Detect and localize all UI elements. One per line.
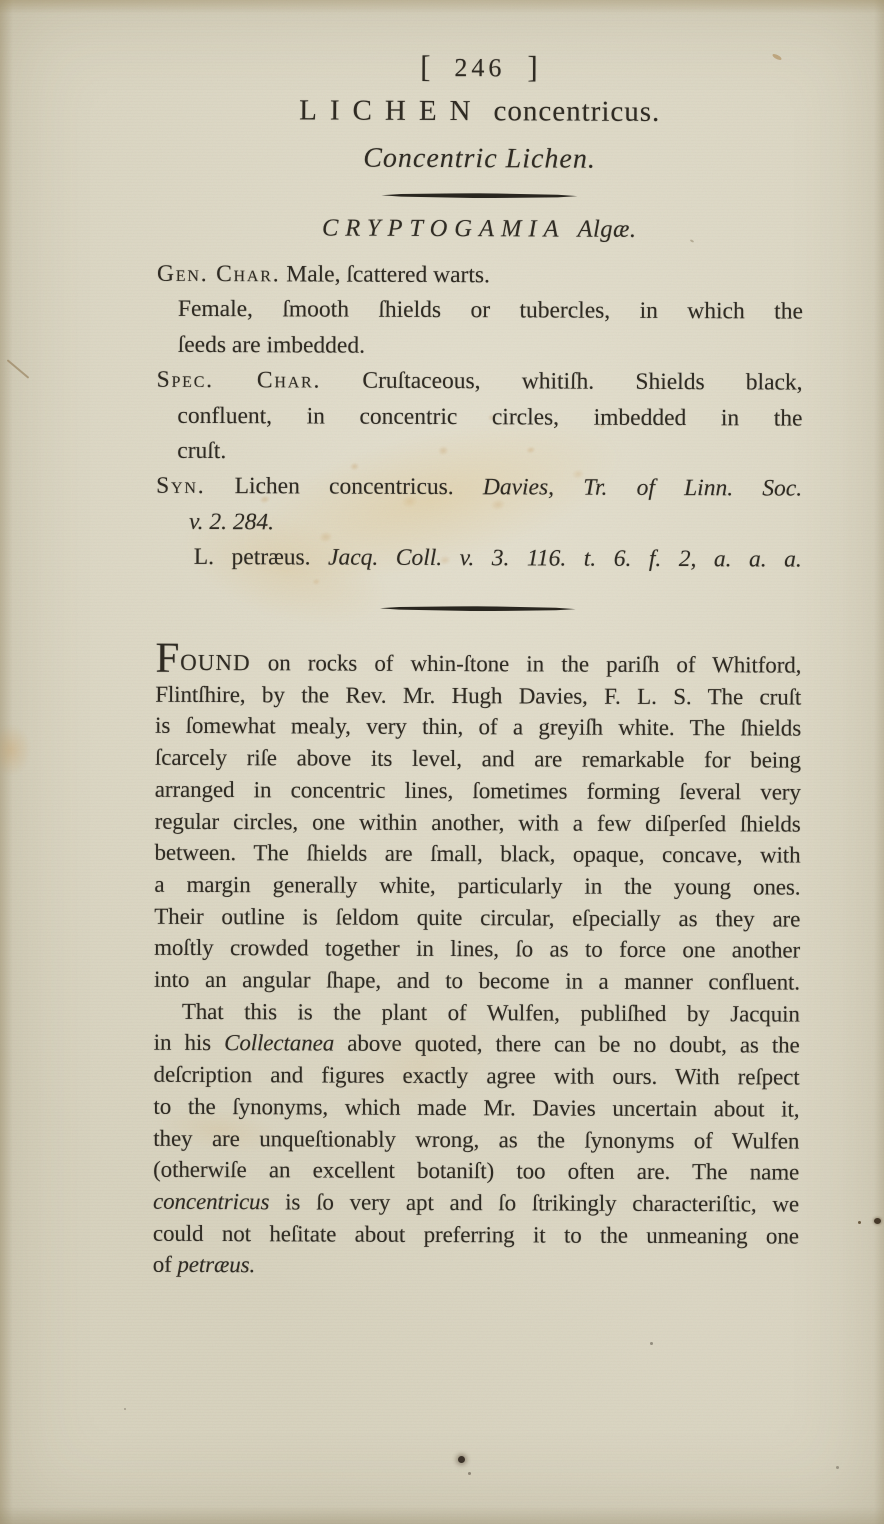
ornament-rule [380, 606, 576, 612]
text-segment: regular circles, one within another, wit… [155, 808, 801, 836]
text-segment: a margin generally white, particularly i… [154, 872, 800, 900]
text-line: moſtly crowded together in lines, ſo as … [154, 932, 800, 967]
text-segment: Davies, Tr. of Linn. Soc. [483, 475, 802, 502]
text-line: they are unqueſtionably wrong, as the ſy… [153, 1122, 799, 1157]
text-segment: on rocks of whin-ſtone in the pariſh of … [251, 650, 802, 677]
text-segment: to the ſynonyms, which made Mr. Davies u… [153, 1094, 799, 1122]
text-line: is ſomewhat mealy, very thin, of a greyi… [155, 710, 801, 745]
text-segment: Flintſhire, by the Rev. Mr. Hugh Davies,… [155, 681, 801, 709]
printed-text-area: [246] LICHENconcentricus. Concentric Lic… [0, 0, 884, 1524]
book-page-scan: [246] LICHENconcentricus. Concentric Lic… [0, 0, 884, 1524]
text-segment: is ſo very apt and ſo ſtrikingly charact… [269, 1189, 799, 1216]
description-text: FOUND on rocks of whin-ſtone in the pari… [153, 647, 802, 1284]
text-segment: confluent, in concentric circles, imbedd… [177, 402, 802, 431]
class-name: CRYPTOGAMIA [322, 214, 566, 242]
text-segment: v. 2. 284. [189, 509, 274, 535]
text-line: Their outline is ſeldom quite circular, … [154, 900, 800, 935]
text-line: ſeeds are imbedded. [157, 328, 803, 366]
text-line: Female, ſmooth ſhields or tubercles, in … [157, 292, 803, 330]
text-line: cruſt. [156, 434, 802, 472]
text-line: Gen. Char. Male, ſcattered warts. [157, 257, 803, 295]
text-segment: That this is the plant of Wulfen, publiſ… [182, 999, 800, 1027]
text-segment: could not heſitate about preferring it t… [153, 1220, 799, 1248]
text-line: between. The ſhields are ſmall, black, o… [154, 837, 800, 872]
text-segment: Syn. [156, 473, 205, 499]
text-segment: moſtly crowded together in lines, ſo as … [154, 935, 800, 963]
text-segment: concentricus [153, 1189, 269, 1215]
page-number: [246] [120, 47, 840, 86]
text-segment: Female, ſmooth ſhields or tubercles, in … [178, 296, 803, 325]
bracket-close: ] [527, 49, 539, 84]
text-line: Flintſhire, by the Rev. Mr. Hugh Davies,… [155, 678, 801, 713]
text-segment: is ſomewhat mealy, very thin, of a greyi… [155, 713, 801, 741]
text-line: (otherwiſe an excellent botaniſt) too of… [153, 1154, 799, 1189]
text-line: deſcription and figures exactly agree wi… [154, 1059, 800, 1094]
characters-block: Gen. Char. Male, ſcattered warts.Female,… [156, 257, 803, 578]
text-segment: Cruſtaceous, whitiſh. Shields black, [321, 368, 802, 396]
page-subtitle: Concentric Lichen. [120, 142, 840, 177]
text-segment: Gen. Char. [157, 261, 281, 288]
text-line: Spec. Char. Cruſtaceous, whitiſh. Shield… [157, 363, 803, 401]
text-line: into an angular ſhape, and to become in … [154, 964, 800, 999]
text-line: in his Collectanea above quoted, there c… [154, 1027, 800, 1062]
text-segment: Male, ſcattered warts. [280, 261, 490, 288]
text-segment: they are unqueſtionably wrong, as the ſy… [153, 1125, 799, 1153]
text-line: to the ſynonyms, which made Mr. Davies u… [153, 1091, 799, 1126]
text-segment: deſcription and figures exactly agree wi… [154, 1062, 800, 1090]
bracket-open: [ [420, 49, 432, 84]
text-line: concentricus is ſo very apt and ſo ſtrik… [153, 1186, 799, 1221]
text-segment: ſeeds are imbedded. [178, 332, 365, 359]
order-name: Algæ. [577, 216, 636, 243]
text-line: L. petræus. Jacq. Coll. v. 3. 116. t. 6.… [156, 540, 802, 578]
text-line: Syn. Lichen concentricus. Davies, Tr. of… [156, 469, 802, 507]
text-line: ſcarcely riſe above its level, and are r… [155, 742, 801, 777]
text-segment: above quoted, there can be no doubt, as … [334, 1031, 800, 1058]
text-segment: between. The ſhields are ſmall, black, o… [154, 840, 800, 868]
page-number-value: 246 [454, 53, 505, 82]
text-segment: ſcarcely riſe above its level, and are r… [155, 745, 801, 773]
text-segment: OUND [180, 650, 251, 675]
text-line: FOUND on rocks of whin-ſtone in the pari… [155, 647, 801, 682]
text-segment: petræus. [177, 1252, 255, 1277]
title-species: concentricus. [493, 95, 660, 128]
text-segment: Their outline is ſeldom quite circular, … [154, 903, 800, 931]
dropcap: F [155, 635, 179, 682]
text-segment: L. petræus. [194, 544, 328, 571]
text-segment: in his [154, 1030, 225, 1055]
page-title: LICHENconcentricus. [120, 94, 840, 130]
text-line: arranged in concentric lines, ſometimes … [155, 774, 801, 809]
text-segment: Jacq. Coll. v. 3. 116. t. 6. f. 2, a. a.… [328, 545, 802, 573]
classification-heading: CRYPTOGAMIAAlgæ. [119, 214, 839, 245]
text-segment: arranged in concentric lines, ſometimes … [155, 777, 801, 805]
text-line: a margin generally white, particularly i… [154, 869, 800, 904]
text-segment: of [153, 1252, 178, 1277]
text-segment: cruſt. [177, 438, 226, 464]
text-segment: into an angular ſhape, and to become in … [154, 967, 800, 995]
text-line: could not heſitate about preferring it t… [153, 1217, 799, 1252]
text-line: regular circles, one within another, wit… [155, 805, 801, 840]
text-segment: Collectanea [224, 1031, 334, 1056]
text-line: That this is the plant of Wulfen, publiſ… [154, 995, 800, 1030]
title-genus: LICHEN [299, 94, 483, 127]
text-segment: Spec. Char. [157, 367, 322, 394]
ornament-rule [381, 193, 577, 199]
text-segment: (otherwiſe an excellent botaniſt) too of… [153, 1157, 799, 1185]
text-line: v. 2. 284. [156, 505, 802, 543]
text-line: confluent, in concentric circles, imbedd… [156, 398, 802, 436]
text-line: of petræus. [153, 1249, 799, 1284]
text-segment: Lichen concentricus. [205, 473, 483, 500]
